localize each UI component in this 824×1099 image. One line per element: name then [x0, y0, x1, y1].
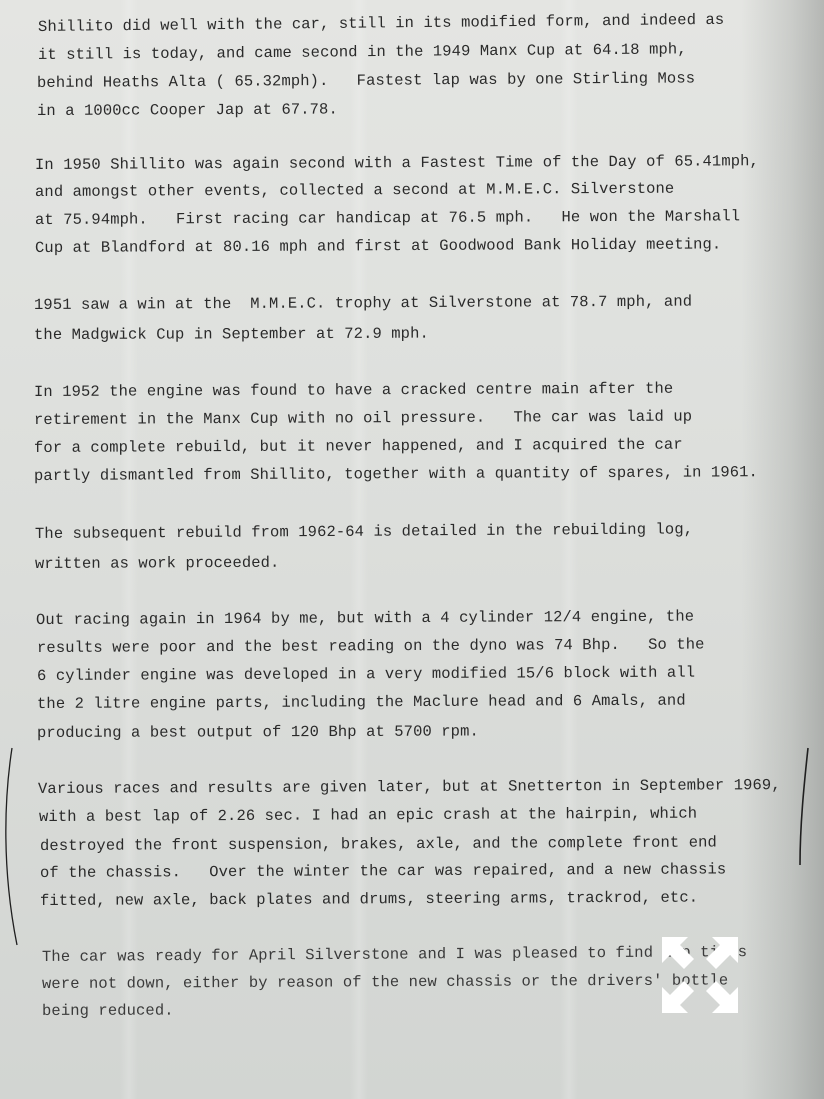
text-line: partly dismantled from Shillito, togethe… — [34, 463, 758, 485]
text-line: with a best lap of 2.26 sec. I had an ep… — [39, 805, 697, 826]
text-line: for a complete rebuild, but it never hap… — [34, 436, 683, 457]
left-margin-bracket — [0, 740, 30, 960]
text-line: Various races and results are given late… — [38, 776, 781, 798]
text-line: producing a best output of 120 Bhp at 57… — [37, 722, 479, 742]
text-line: destroyed the front suspension, brakes, … — [40, 833, 717, 855]
text-line: the 2 litre engine parts, including the … — [37, 692, 686, 713]
text-line: were not down, either by reason of the n… — [42, 971, 728, 993]
text-line: in a 1000cc Cooper Jap at 67.78. — [37, 100, 338, 120]
text-line: at 75.94mph. First racing car handicap a… — [35, 207, 740, 229]
text-line: In 1950 Shillito was again second with a… — [35, 152, 759, 174]
text-line: Shillito did well with the car, still in… — [38, 11, 724, 36]
text-line: Out racing again in 1964 by me, but with… — [36, 608, 694, 629]
expand-arrows-icon[interactable] — [660, 935, 740, 1015]
text-line: being reduced. — [42, 1002, 174, 1020]
text-line: results were poor and the best reading o… — [37, 636, 705, 657]
text-line: The car was ready for April Silverstone … — [42, 943, 747, 966]
text-line: it still is today, and came second in th… — [38, 40, 687, 64]
right-margin-line — [790, 745, 820, 875]
text-line: written as work proceeded. — [35, 554, 280, 573]
expand-arrows-glyph — [660, 935, 740, 1015]
text-line: retirement in the Manx Cup with no oil p… — [34, 408, 692, 429]
text-line: In 1952 the engine was found to have a c… — [34, 380, 673, 401]
text-line: behind Heaths Alta ( 65.32mph). Fastest … — [37, 69, 695, 92]
text-line: The subsequent rebuild from 1962-64 is d… — [35, 520, 693, 543]
text-line: of the chassis. Over the winter the car … — [40, 860, 726, 882]
text-line: and amongst other events, collected a se… — [35, 180, 674, 201]
text-line: Cup at Blandford at 80.16 mph and first … — [35, 235, 721, 257]
text-line: 6 cylinder engine was developed in a ver… — [37, 664, 695, 685]
text-line: 1951 saw a win at the M.M.E.C. trophy at… — [34, 293, 692, 314]
text-line: fitted, new axle, back plates and drums,… — [40, 889, 698, 910]
text-line: the Madgwick Cup in September at 72.9 mp… — [34, 325, 429, 344]
